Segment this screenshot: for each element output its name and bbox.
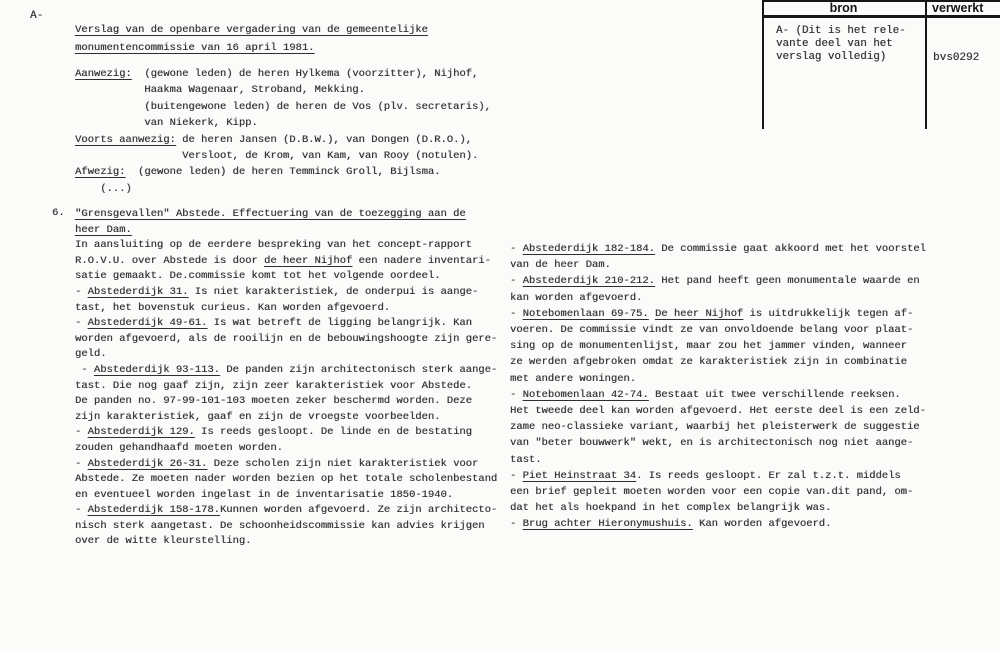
attendance-list: Aanwezig: (gewone leden) de heren Hylkem…	[75, 66, 491, 197]
agenda-item-number: 6.	[52, 207, 65, 219]
record-table-left-border	[762, 0, 764, 129]
record-table-header-rule	[762, 15, 1000, 18]
record-table-cell-bron: A- (Dit is het rele-vante deel van hetve…	[776, 25, 906, 65]
record-table-header-bron: bron	[762, 1, 925, 15]
agenda-item-right-column: - Abstederdijk 182-184. De commissie gaa…	[510, 241, 926, 533]
document-title: Verslag van de openbare vergadering van …	[75, 22, 428, 57]
record-table-cell-verwerkt: bvs0292	[933, 52, 979, 64]
agenda-item-left-column: "Grensgevallen" Abstede. Effectuering va…	[75, 207, 497, 550]
scanned-document-page: A- Verslag van de openbare vergadering v…	[0, 0, 1000, 649]
record-table-header-verwerkt: verwerkt	[932, 1, 983, 15]
margin-label-a: A-	[30, 10, 43, 22]
record-table-column-divider	[925, 0, 927, 129]
